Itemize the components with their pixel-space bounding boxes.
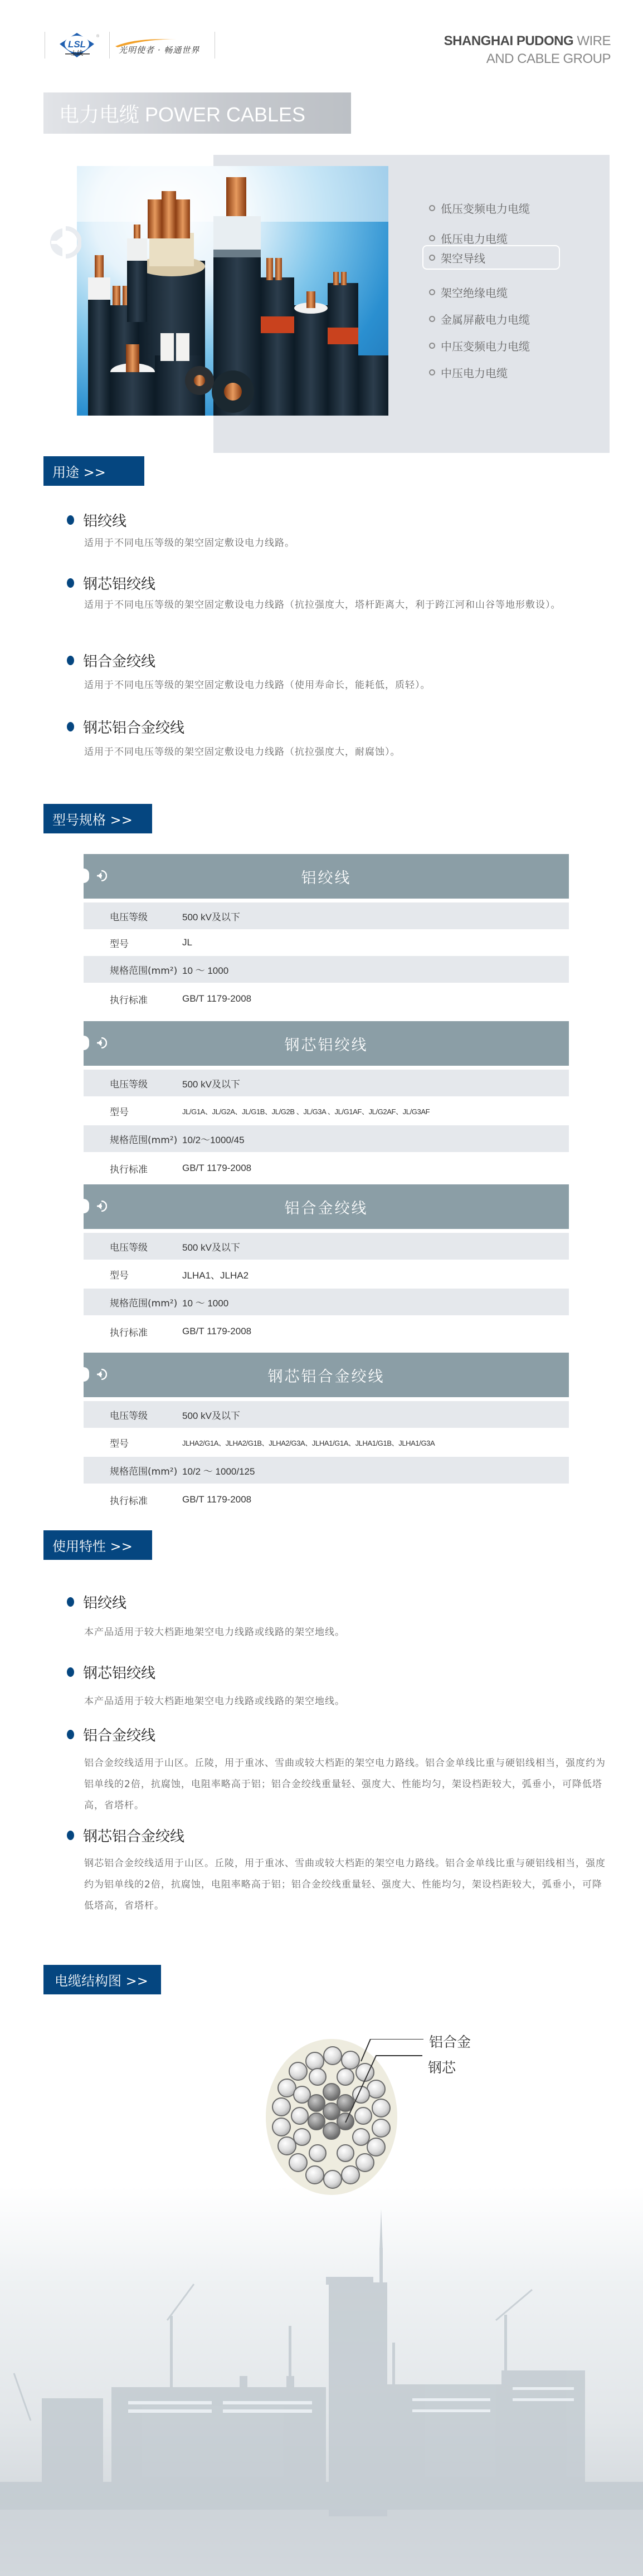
- spec-row-range: 规格范围(mm²)10 ～ 1000: [84, 956, 569, 983]
- feature-item-title: 铝绞线: [67, 1592, 126, 1612]
- brand-logo-group: LSL ® 上线 光明使者 · 畅通世界: [45, 31, 234, 60]
- menu-item-overhead-insulated[interactable]: 架空绝缘电缆: [422, 280, 560, 304]
- cable-product-photo: [77, 166, 388, 416]
- usage-item-desc: 适用于不同电压等级的架空固定敷设电力线路（使用寿命长，能耗低，质轻）。: [84, 676, 611, 694]
- spec-row-range: 规格范围(mm²)10/2～1000/45: [84, 1125, 569, 1152]
- feature-item-desc: 本产品适用于较大档距地架空电力线路或线路的架空地线。: [84, 1692, 611, 1710]
- usage-item-title: 铝合金绞线: [67, 650, 155, 671]
- feature-item-title: 铝合金绞线: [67, 1724, 155, 1745]
- feature-item-desc: 铝合金绞线适用于山区。丘陵，用于重冰、雪曲或较大档距的架空电力路线。铝合金单线比…: [84, 1753, 611, 1816]
- slogan: 光明使者 · 畅通世界: [110, 31, 215, 60]
- section-header-usage: 用途 >>: [43, 456, 144, 486]
- bullet-dot-icon: [67, 1730, 74, 1739]
- label-steel-core: 钢芯: [428, 2057, 456, 2077]
- ring-bullet-icon: [429, 316, 435, 322]
- svg-text:®: ®: [96, 34, 100, 38]
- cables-illustration: [77, 166, 388, 416]
- spec-table-acsr-alloy: 钢芯铝合金绞线 电压等级500 kV及以下 型号JLHA2/G1A、JLHA2/…: [84, 1353, 569, 1516]
- usage-item-desc: 适用于不同电压等级的架空固定敷设电力线路。: [84, 534, 611, 552]
- bullet-dot-icon: [67, 578, 74, 588]
- bullet-dot-icon: [67, 656, 74, 665]
- section-header-structure: 电缆结构图 >>: [43, 1965, 161, 1994]
- ring-bullet-icon: [429, 369, 435, 375]
- ring-bullet-icon: [429, 343, 435, 349]
- feature-item-desc: 钢芯铝合金绞线适用于山区。丘陵，用于重冰、雪曲或较大档距的架空电力路线。铝合金单…: [84, 1853, 611, 1916]
- spec-table-al-stranded: 铝绞线 电压等级500 kV及以下 型号JL 规格范围(mm²)10 ～ 100…: [84, 854, 569, 1015]
- section-header-specs: 型号规格 >>: [43, 804, 152, 833]
- spec-row-standard: 执行标准GB/T 1179-2008: [84, 1484, 569, 1516]
- spec-table-al-alloy: 铝合金绞线 电压等级500 kV及以下 型号JLHA1、JLHA2 规格范围(m…: [84, 1184, 569, 1348]
- bullet-dot-icon: [67, 722, 74, 731]
- arrow-circle-icon: [96, 1369, 107, 1380]
- spec-row-voltage: 电压等级500 kV及以下: [84, 902, 569, 929]
- bullet-dot-icon: [67, 1831, 74, 1840]
- circle-arrow-icon: [47, 225, 81, 260]
- spec-table-header: 铝绞线: [84, 854, 569, 899]
- cable-structure-diagram: 铝合金 钢芯: [262, 2039, 474, 2195]
- spec-row-standard: 执行标准GB/T 1179-2008: [84, 1315, 569, 1348]
- spec-row-standard: 执行标准GB/T 1179-2008: [84, 1152, 569, 1184]
- feature-item-title: 钢芯铝绞线: [67, 1662, 155, 1682]
- usage-item-title: 钢芯铝合金绞线: [67, 716, 184, 737]
- divider: [215, 32, 215, 58]
- spec-row-voltage: 电压等级500 kV及以下: [84, 1233, 569, 1260]
- bullet-dot-icon: [67, 1597, 74, 1607]
- menu-item-medium-voltage[interactable]: 中压电力电缆: [422, 360, 560, 384]
- lsl-logo: LSL ® 上线: [45, 31, 109, 60]
- spec-row-model: 型号JLHA2/G1A、JLHA2/G1B、JLHA2/G3A、JLHA1/G1…: [84, 1428, 569, 1457]
- page-title: 电力电缆 POWER CABLES: [59, 99, 305, 128]
- spec-table-header: 钢芯铝合金绞线: [84, 1353, 569, 1397]
- usage-item-desc: 适用于不同电压等级的架空固定敷设电力线路（抗拉强度大，耐腐蚀）。: [84, 743, 611, 761]
- menu-item-medium-voltage-vfd[interactable]: 中压变频电力电缆: [422, 333, 560, 358]
- spec-table-header: 铝合金绞线: [84, 1184, 569, 1229]
- ring-bullet-icon: [429, 255, 435, 261]
- feature-item-desc: 本产品适用于较大档距地架空电力线路或线路的架空地线。: [84, 1623, 611, 1641]
- spec-table-header: 钢芯铝绞线: [84, 1021, 569, 1066]
- logo-subtext: 上线: [71, 48, 83, 57]
- spec-row-model: 型号JLHA1、JLHA2: [84, 1260, 569, 1289]
- menu-item-metal-shielded[interactable]: 金属屏蔽电力电缆: [422, 306, 560, 331]
- spec-row-range: 规格范围(mm²)10/2 ～ 1000/125: [84, 1457, 569, 1484]
- spec-row-voltage: 电压等级500 kV及以下: [84, 1401, 569, 1428]
- page-title-banner: 电力电缆 POWER CABLES: [43, 92, 351, 134]
- bullet-dot-icon: [67, 1667, 74, 1677]
- spec-table-acsr: 钢芯铝绞线 电压等级500 kV及以下 型号JL/G1A、JL/G2A、JL/G…: [84, 1021, 569, 1184]
- spec-row-voltage: 电压等级500 kV及以下: [84, 1070, 569, 1096]
- feature-item-title: 钢芯铝合金绞线: [67, 1825, 184, 1846]
- spec-row-range: 规格范围(mm²)10 ～ 1000: [84, 1289, 569, 1315]
- ring-bullet-icon: [429, 235, 435, 241]
- usage-item-title: 铝绞线: [67, 510, 126, 530]
- city-skyline-background: [0, 2187, 643, 2576]
- skyline-illustration: [0, 2187, 643, 2576]
- arrow-circle-icon: [96, 1201, 107, 1212]
- usage-item-desc: 适用于不同电压等级的架空固定敷设电力线路（抗拉强度大，塔杆距离大，利于跨江河和山…: [84, 596, 611, 614]
- arrow-circle-icon: [96, 870, 107, 881]
- company-name: SHANGHAI PUDONG WIRE AND CABLE GROUP: [444, 32, 611, 68]
- usage-item-title: 钢芯铝绞线: [67, 573, 155, 593]
- arrow-circle-icon: [96, 1037, 107, 1048]
- spec-row-standard: 执行标准GB/T 1179-2008: [84, 983, 569, 1015]
- menu-item-low-voltage-vfd[interactable]: 低压变频电力电缆: [422, 196, 560, 220]
- label-aluminum-alloy: 铝合金: [429, 2031, 471, 2051]
- spec-row-model: 型号JL: [84, 929, 569, 956]
- menu-item-overhead-conductor[interactable]: 架空导线: [422, 245, 560, 270]
- ring-bullet-icon: [429, 289, 435, 295]
- ring-bullet-icon: [429, 205, 435, 211]
- section-header-features: 使用特性 >>: [43, 1530, 152, 1560]
- spec-row-model: 型号JL/G1A、JL/G2A、JL/G1B、JL/G2B 、JL/G3A 、J…: [84, 1096, 569, 1125]
- bullet-dot-icon: [67, 515, 74, 525]
